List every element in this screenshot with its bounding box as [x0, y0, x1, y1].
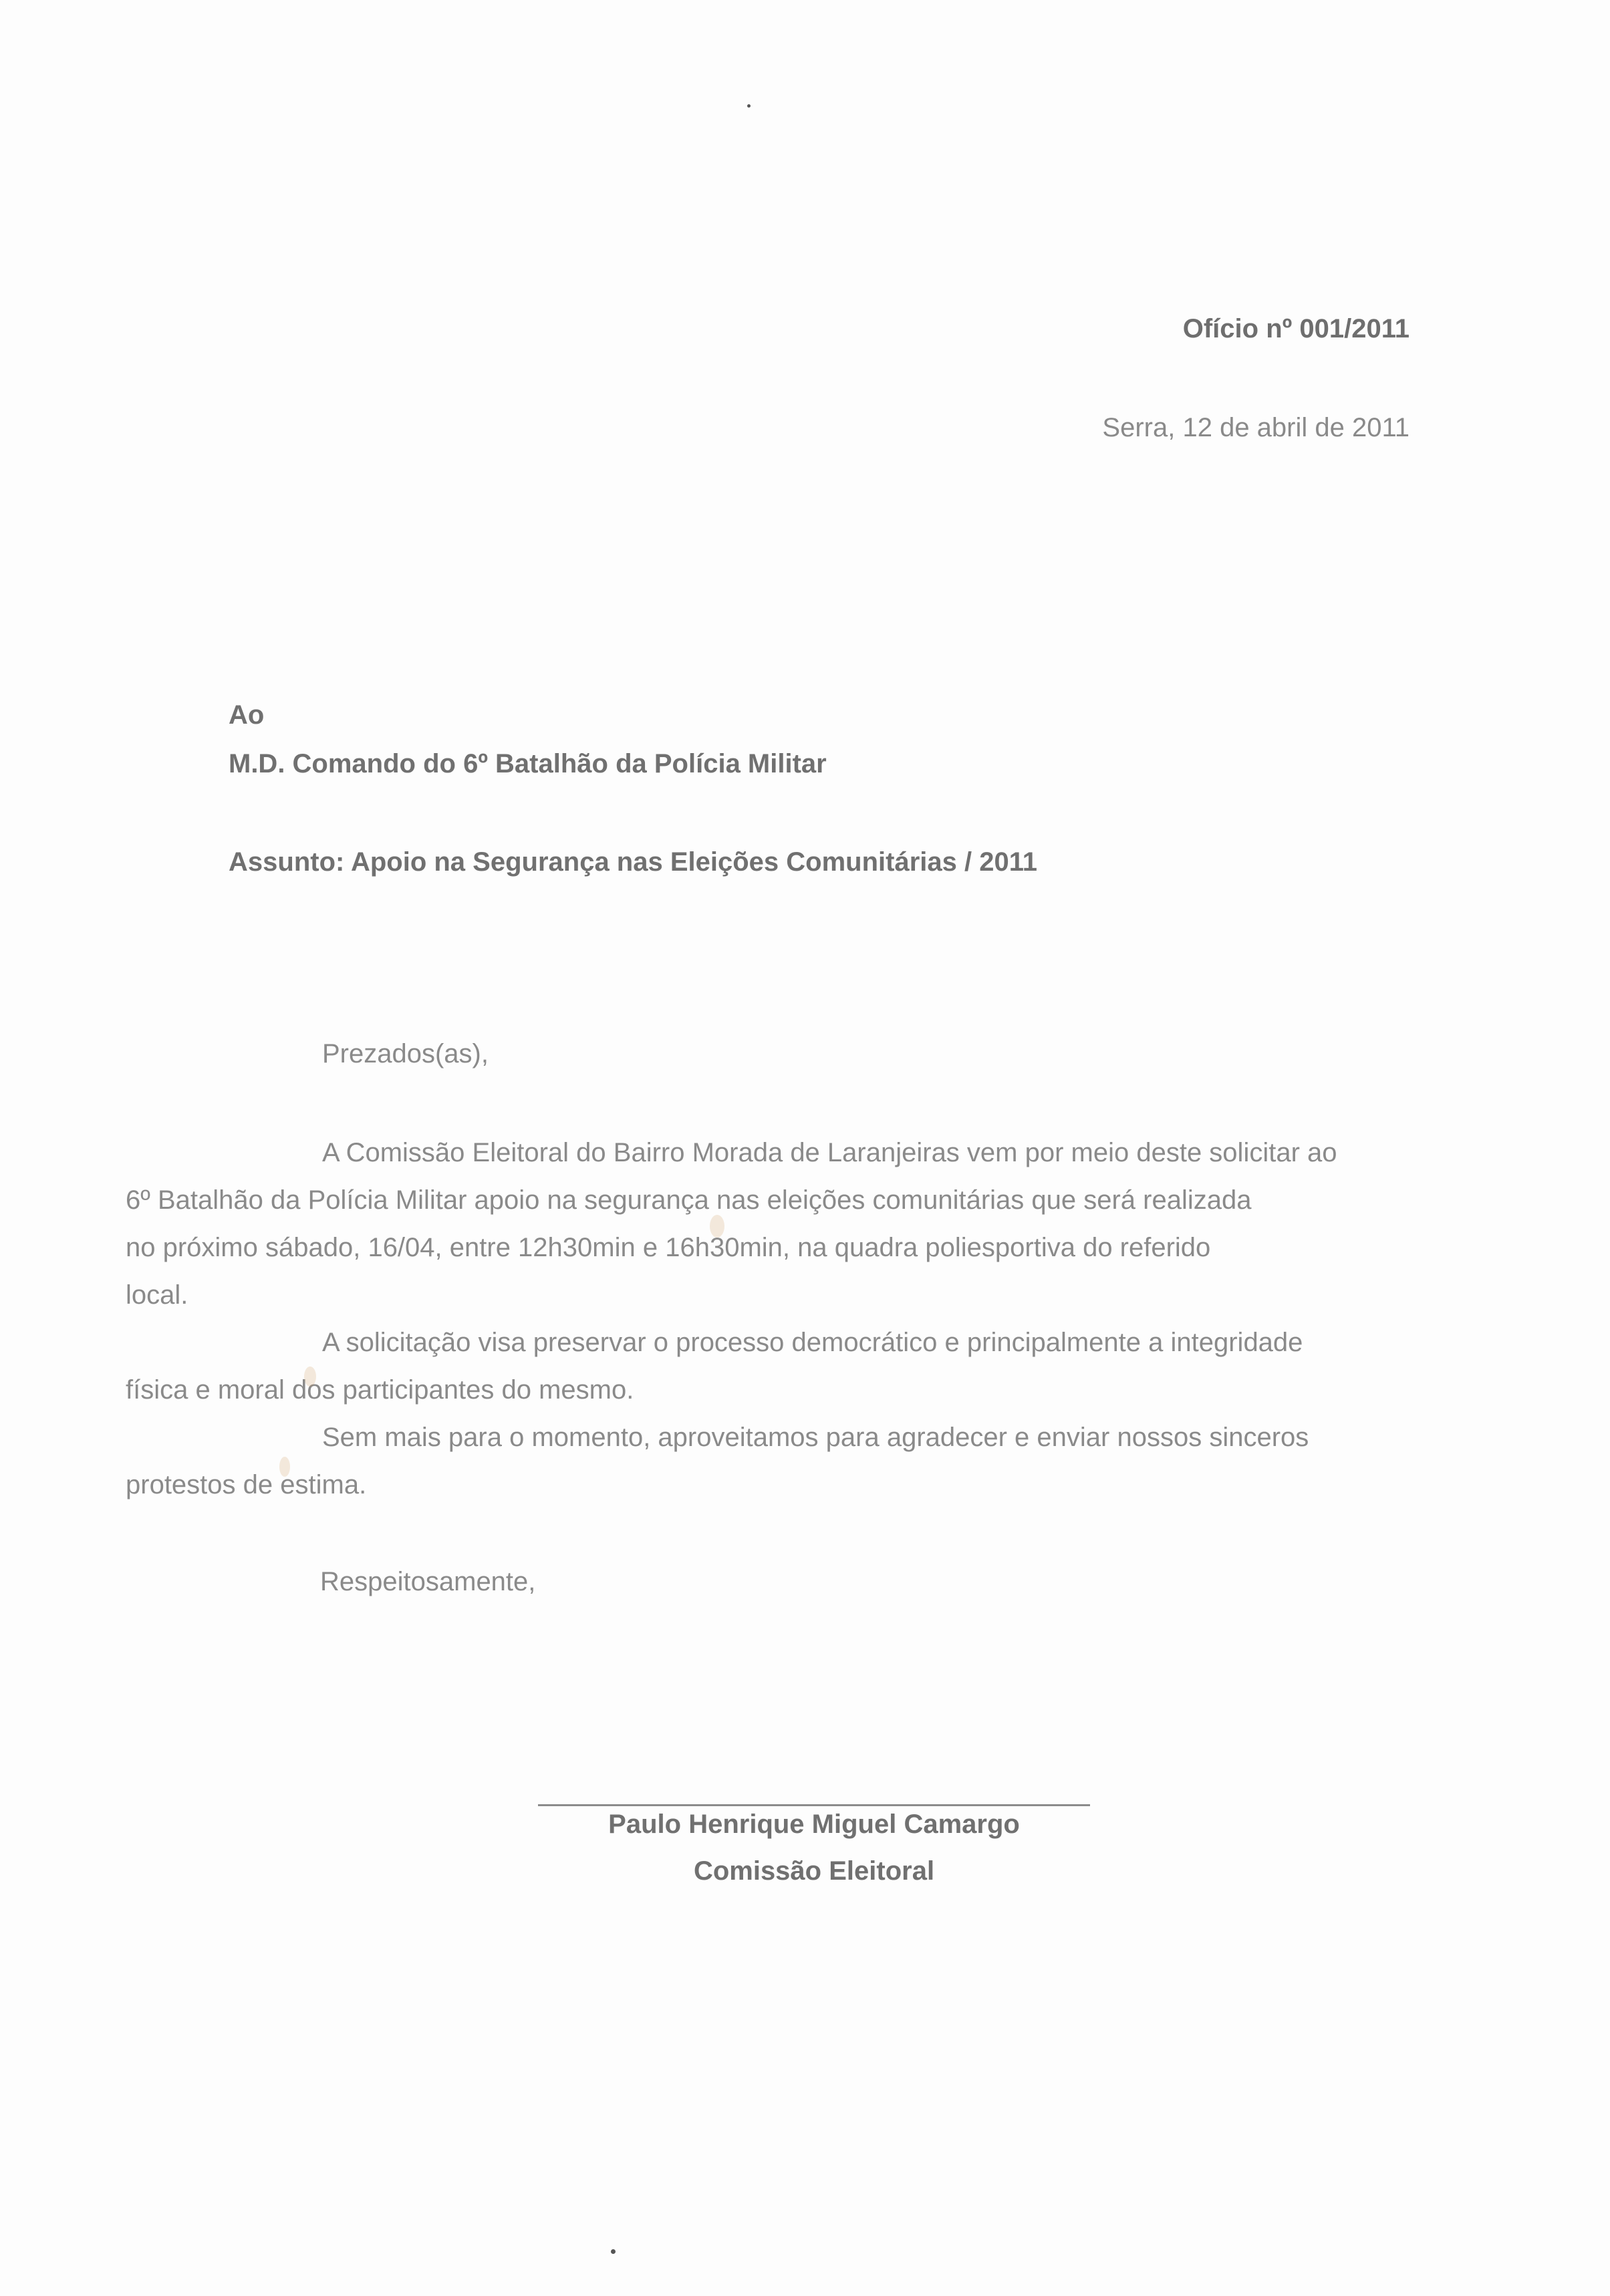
scan-stain [304, 1367, 316, 1387]
body-line: local. [126, 1272, 1427, 1319]
body-paragraph: A Comissão Eleitoral do Bairro Morada de… [224, 1129, 1427, 1319]
signatory-name: Paulo Henrique Miguel Camargo [538, 1810, 1090, 1840]
body-line: no próximo sábado, 16/04, entre 12h30min… [126, 1224, 1427, 1272]
body-line: A solicitação visa preservar o processo … [224, 1319, 1427, 1367]
body-line: Sem mais para o momento, aproveitamos pa… [224, 1414, 1427, 1461]
signature-line [538, 1804, 1090, 1806]
letter-body: A Comissão Eleitoral do Bairro Morada de… [224, 1129, 1427, 1509]
place-and-date: Serra, 12 de abril de 2011 [1102, 413, 1410, 443]
body-line: 6º Batalhão da Polícia Militar apoio na … [126, 1177, 1427, 1224]
body-line: A Comissão Eleitoral do Bairro Morada de… [224, 1129, 1427, 1177]
greeting: Prezados(as), [322, 1039, 489, 1069]
signatory-role: Comissão Eleitoral [538, 1856, 1090, 1886]
body-paragraph: Sem mais para o momento, aproveitamos pa… [224, 1414, 1427, 1509]
scan-speck [747, 104, 751, 108]
addressee-prefix: Ao [229, 700, 264, 730]
scan-speck [611, 2249, 616, 2254]
scan-stain [710, 1215, 724, 1238]
addressee-recipient: M.D. Comando do 6º Batalhão da Polícia M… [229, 749, 827, 779]
scan-stain [279, 1457, 290, 1477]
closing-phrase: Respeitosamente, [320, 1567, 535, 1597]
document-reference-number: Ofício nº 001/2011 [1183, 314, 1410, 344]
subject-line: Assunto: Apoio na Segurança nas Eleições… [229, 847, 1037, 877]
body-line: física e moral dos participantes do mesm… [126, 1367, 1427, 1414]
body-paragraph: A solicitação visa preservar o processo … [224, 1319, 1427, 1414]
body-line: protestos de estima. [126, 1461, 1427, 1509]
